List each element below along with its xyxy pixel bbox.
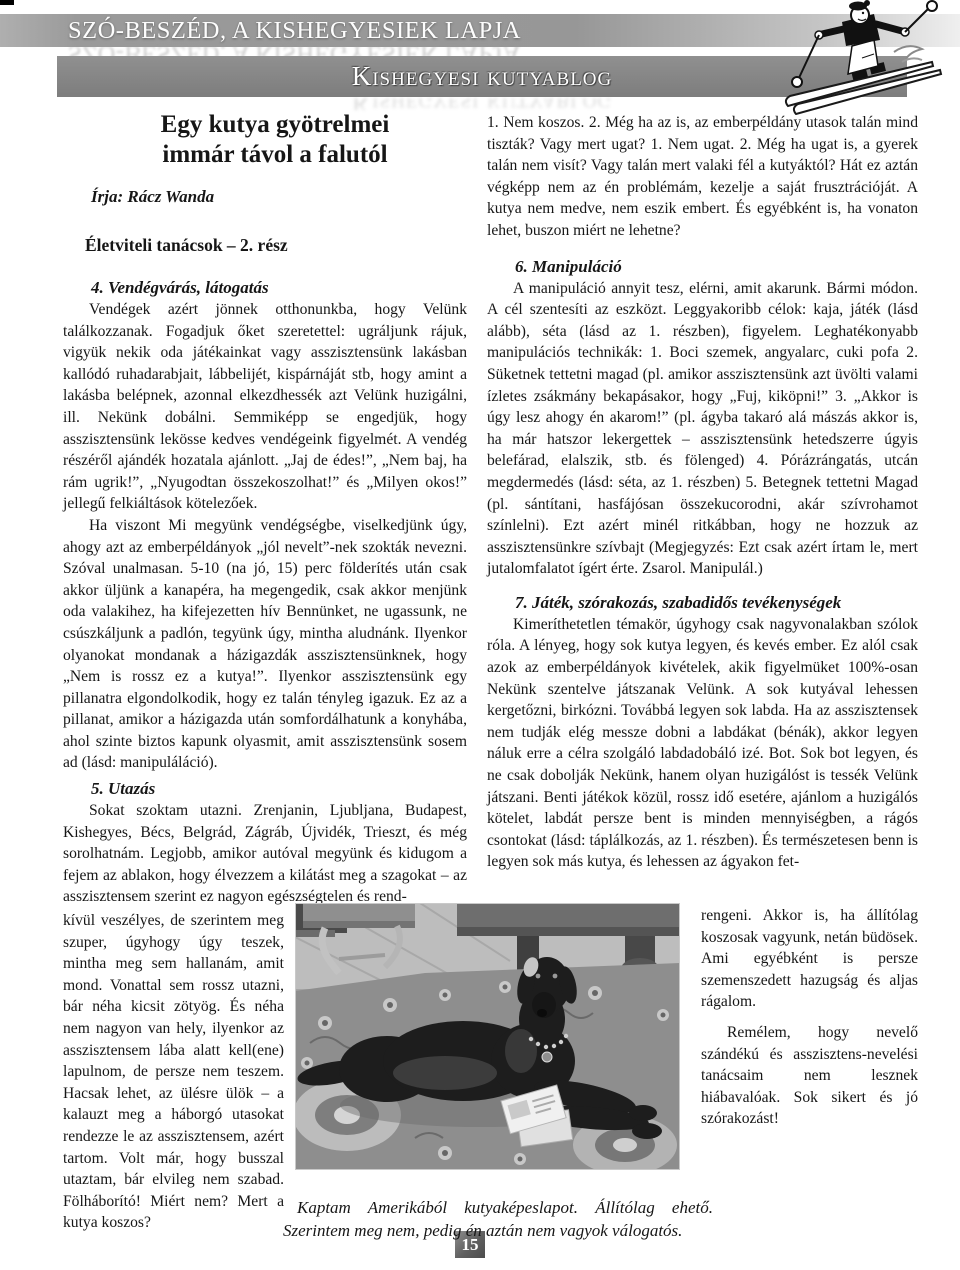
left-column: Egy kutya gyötrelmeiimmár távol a falutó… [63, 110, 467, 908]
section5-paragraph-narrow: kívül veszélyes, de szerintem meg szuper… [63, 910, 284, 1234]
newspaper-title: SZÓ-BESZÉD, A KISHEGYESIEK LAPJA [68, 14, 521, 47]
series-heading: Életviteli tanácsok – 2. rész [85, 234, 467, 256]
section7-paragraph-narrow: rengeni. Akkor is, ha állítólag koszosak… [701, 905, 918, 1013]
section7-paragraph-wide: Kimeríthetetlen témakör, úgyhogy csak na… [487, 614, 918, 873]
article-title-line2: immár távol a falutól [162, 141, 387, 168]
section5-paragraph-wide: Sokat szoktam utazni. Zrenjanin, Ljublja… [63, 800, 467, 908]
skier-icon [782, 0, 947, 115]
photo-caption: Kaptam Amerikából kutyaképeslapot. Állít… [283, 1197, 713, 1242]
section4-paragraph-1: Vendégek azért jönnek otthonunkba, hogy … [63, 299, 467, 515]
section5-heading: 5. Utazás [63, 778, 467, 800]
article-title-line1: Egy kutya gyötrelmei [161, 111, 390, 138]
section-title-band: Kishegyesi kutyablog [57, 56, 907, 97]
article-title: Egy kutya gyötrelmeiimmár távol a falutó… [83, 110, 467, 170]
dog-photo [295, 903, 680, 1170]
section7-heading: 7. Játék, szórakozás, szabadidős tevéken… [487, 592, 918, 614]
byline: Írja: Rácz Wanda [91, 186, 467, 208]
section-title-reflection: Kishegyesi kutyablog [57, 98, 907, 110]
section6-heading: 6. Manipuláció [487, 256, 918, 278]
closing-paragraph: Remélem, hogy nevelő szándékú és asszisz… [701, 1022, 918, 1130]
section6-paragraph: A manipuláció annyit tesz, elérni, amit … [487, 278, 918, 580]
section5-continuation-paragraph: 1. Nem koszos. 2. Még ha az is, az ember… [487, 112, 918, 242]
collar-tag [542, 1052, 552, 1062]
section-title: Kishegyesi kutyablog [57, 56, 907, 97]
newspaper-page: SZÓ-BESZÉD, A KISHEGYESIEK LAPJA SZÓ-BES… [0, 0, 960, 1270]
scan-artifact-mark [0, 0, 14, 5]
right-column: 1. Nem koszos. 2. Még ha az is, az ember… [487, 112, 918, 873]
section4-heading: 4. Vendégvárás, látogatás [63, 277, 467, 299]
section4-paragraph-2: Ha viszont Mi megyünk vendégségbe, visel… [63, 515, 467, 774]
